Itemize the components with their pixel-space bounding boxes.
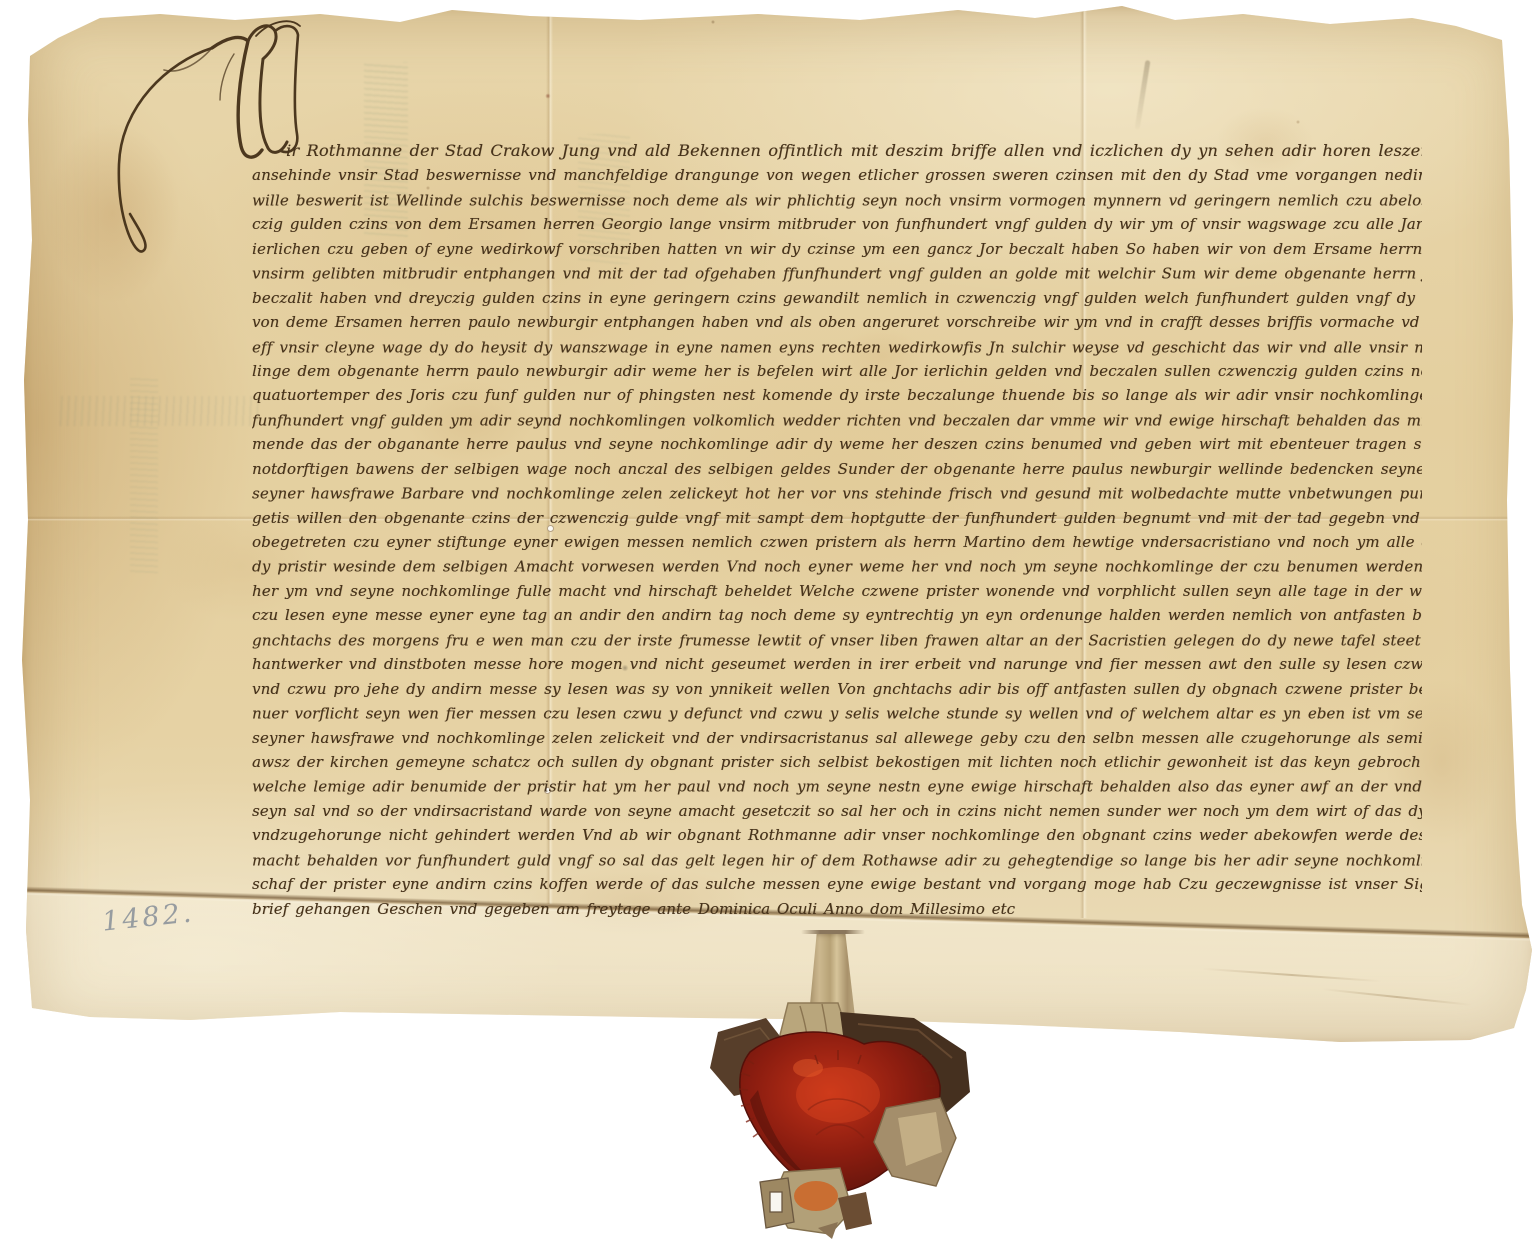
- seal-orange-wax-residue: [794, 1181, 838, 1211]
- charter-line: welche lemige adir benumide der pristir …: [252, 775, 1422, 799]
- charter-line: schaf der prister eyne andirn czins koff…: [252, 872, 1422, 896]
- charter-line: dy pristir wesinde dem selbigen Amacht v…: [252, 555, 1422, 579]
- pen-trial-mark: [1135, 60, 1151, 130]
- charter-line: quatuortemper des Joris czu funf gulden …: [252, 383, 1422, 407]
- charter-line: seyner hawsfrawe Barbare vnd nochkomling…: [252, 482, 1422, 506]
- charter-line: gnchtachs des morgens fru e wen man czu …: [252, 628, 1422, 652]
- charter-line: czu lesen eyne messe eyner eyne tag an a…: [252, 603, 1422, 627]
- charter-line: mende das der obganante herre paulus vnd…: [252, 432, 1422, 456]
- tag-slit: [801, 930, 865, 934]
- charter-line: ierlichen czu geben of eyne wedirkowf vo…: [252, 237, 1422, 261]
- charter-line: seyn sal vnd so der vndirsacristand ward…: [252, 799, 1422, 823]
- charter-line: wille beswerit ist Wellinde sulchis besw…: [252, 188, 1422, 212]
- charter-line: seyner hawsfrawe vnd nochkomlinge zelen …: [252, 726, 1422, 750]
- showthrough-mark: [56, 396, 260, 426]
- charter-line: eff vnsir cleyne wage dy do heysit dy wa…: [252, 335, 1422, 359]
- parchment-sheet: W ir Rothmanne der Stad Crakow Jung vnd …: [22, 6, 1532, 1042]
- photo-background: W ir Rothmanne der Stad Crakow Jung vnd …: [0, 0, 1537, 1239]
- charter-line: ir Rothmanne der Stad Crakow Jung vnd al…: [252, 139, 1422, 163]
- charter-line: ansehinde vnsir Stad beswernisse vnd man…: [252, 163, 1422, 187]
- charter-line: macht behalden vor funfhundert guld vngf…: [252, 848, 1422, 872]
- charter-line: linge dem obgenante herrn paulo newburgi…: [252, 359, 1422, 383]
- charter-line: vnsirm gelibten mitbrudir entphangen vnd…: [252, 262, 1422, 286]
- fold-scratch: [1202, 968, 1382, 983]
- charter-line: czig gulden czins von dem Ersamen herren…: [252, 212, 1422, 236]
- seal-tag-loop-hole: [770, 1192, 782, 1212]
- showthrough-mark: [130, 378, 158, 576]
- charter-line: vnd czwu pro jehe dy andirn messe sy les…: [252, 677, 1422, 701]
- charter-line: her ym vnd seyne nochkomlinge fulle mach…: [252, 579, 1422, 603]
- charter-line: hantwerker vnd dinstboten messe hore mog…: [252, 652, 1422, 676]
- charter-line: vndzugehorunge nicht gehindert werden Vn…: [252, 823, 1422, 847]
- charter-line: notdorftigen bawens der selbigen wage no…: [252, 457, 1422, 481]
- initial-letter-text: W: [108, 14, 109, 15]
- wax-seal: [688, 1000, 988, 1239]
- charter-line: von deme Ersamen herren paulo newburgir …: [252, 310, 1422, 334]
- charter-line: nuer vorflicht seyn wen fier messen czu …: [252, 702, 1422, 726]
- charter-line: funfhundert vngf gulden ym adir seynd no…: [252, 408, 1422, 432]
- seal-dark-fragment: [838, 1192, 872, 1230]
- fold-scratch: [1322, 988, 1471, 1006]
- charter-line: obegetreten czu eyner stiftunge eyner ew…: [252, 530, 1422, 554]
- charter-line: awsz der kirchen gemeyne schatcz och sul…: [252, 750, 1422, 774]
- charter-line: beczalit haben vnd dreyczig gulden czins…: [252, 286, 1422, 310]
- charter-text: ir Rothmanne der Stad Crakow Jung vnd al…: [252, 139, 1422, 921]
- charter-line: brief gehangen Geschen vnd gegeben am fr…: [252, 897, 1422, 921]
- archival-date-note: 1482.: [101, 897, 196, 937]
- charter-line: getis willen den obgenante czins der czw…: [252, 506, 1422, 530]
